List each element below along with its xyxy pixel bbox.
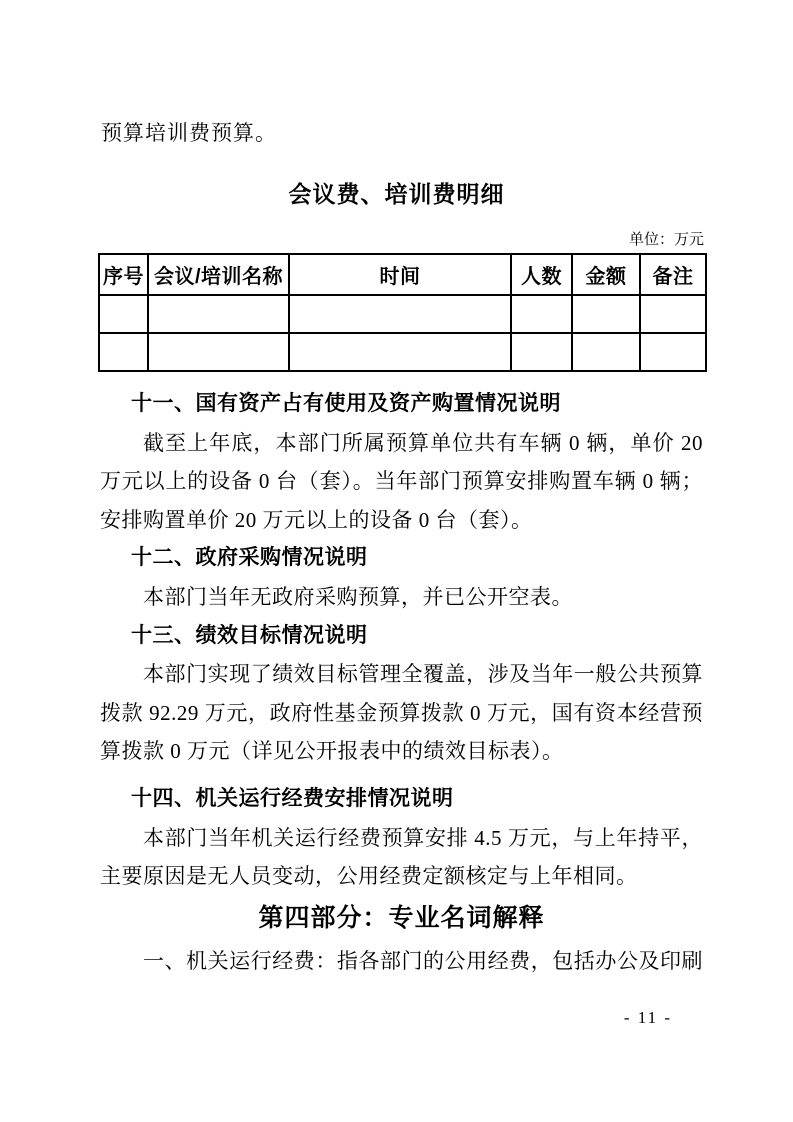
unit-label: 单位：万元 — [98, 229, 704, 251]
paragraph-continuation: 预算培训费预算。 — [101, 118, 704, 148]
paragraph-line: 主要原因是无人员变动，公用经费定额核定与上年相同。 — [100, 857, 703, 896]
page-number: - 11 - — [608, 1006, 688, 1030]
meeting-training-table: 序号 会议/培训名称 时间 人数 金额 备注 — [98, 253, 707, 372]
section-12-heading: 十二、政府采购情况说明 — [131, 539, 703, 578]
column-header-seq: 序号 — [99, 254, 148, 295]
table-cell — [148, 333, 289, 371]
paragraph-line: 万元以上的设备 0 台（套）。当年部门预算安排购置车辆 0 辆； — [100, 462, 703, 501]
table-cell — [511, 333, 572, 371]
table-title: 会议费、培训费明细 — [0, 179, 793, 211]
document-page: 预算培训费预算。 会议费、培训费明细 单位：万元 序号 会议/培训名称 时间 人… — [0, 0, 793, 1122]
table-cell — [640, 295, 706, 333]
paragraph-line: 截至上年底，本部门所属预算单位共有车辆 0 辆，单价 20 — [100, 424, 703, 463]
table-cell — [148, 295, 289, 333]
table-row — [99, 333, 706, 371]
section-11-heading: 十一、国有资产占有使用及资产购置情况说明 — [131, 385, 703, 424]
column-header-amount: 金额 — [572, 254, 640, 295]
table-cell — [99, 333, 148, 371]
table-cell — [289, 295, 511, 333]
table-cell — [640, 333, 706, 371]
table-cell — [289, 333, 511, 371]
table-cell — [99, 295, 148, 333]
part4-title: 第四部分：专业名词解释 — [100, 896, 703, 942]
table-row — [99, 295, 706, 333]
body-text: 十一、国有资产占有使用及资产购置情况说明 截至上年底，本部门所属预算单位共有车辆… — [100, 385, 703, 980]
paragraph-line: 本部门实现了绩效目标管理全覆盖，涉及当年一般公共预算 — [100, 655, 703, 694]
table-cell — [572, 295, 640, 333]
table-header-row: 序号 会议/培训名称 时间 人数 金额 备注 — [99, 254, 706, 295]
paragraph-line: 安排购置单价 20 万元以上的设备 0 台（套）。 — [100, 501, 703, 540]
table-cell — [572, 333, 640, 371]
column-header-people: 人数 — [511, 254, 572, 295]
column-header-remark: 备注 — [640, 254, 706, 295]
paragraph-line: 本部门当年无政府采购预算，并已公开空表。 — [100, 578, 703, 617]
section-13-heading: 十三、绩效目标情况说明 — [131, 617, 703, 656]
paragraph-line: 一、机关运行经费：指各部门的公用经费，包括办公及印刷 — [100, 942, 703, 981]
paragraph-line: 拨款 92.29 万元，政府性基金预算拨款 0 万元，国有资本经营预 — [100, 694, 703, 733]
table-cell — [511, 295, 572, 333]
column-header-name: 会议/培训名称 — [148, 254, 289, 295]
column-header-time: 时间 — [289, 254, 511, 295]
section-14-heading: 十四、机关运行经费安排情况说明 — [131, 780, 703, 819]
paragraph-line: 算拨款 0 万元（详见公开报表中的绩效目标表）。 — [100, 732, 703, 771]
paragraph-line: 本部门当年机关运行经费预算安排 4.5 万元，与上年持平， — [100, 819, 703, 858]
